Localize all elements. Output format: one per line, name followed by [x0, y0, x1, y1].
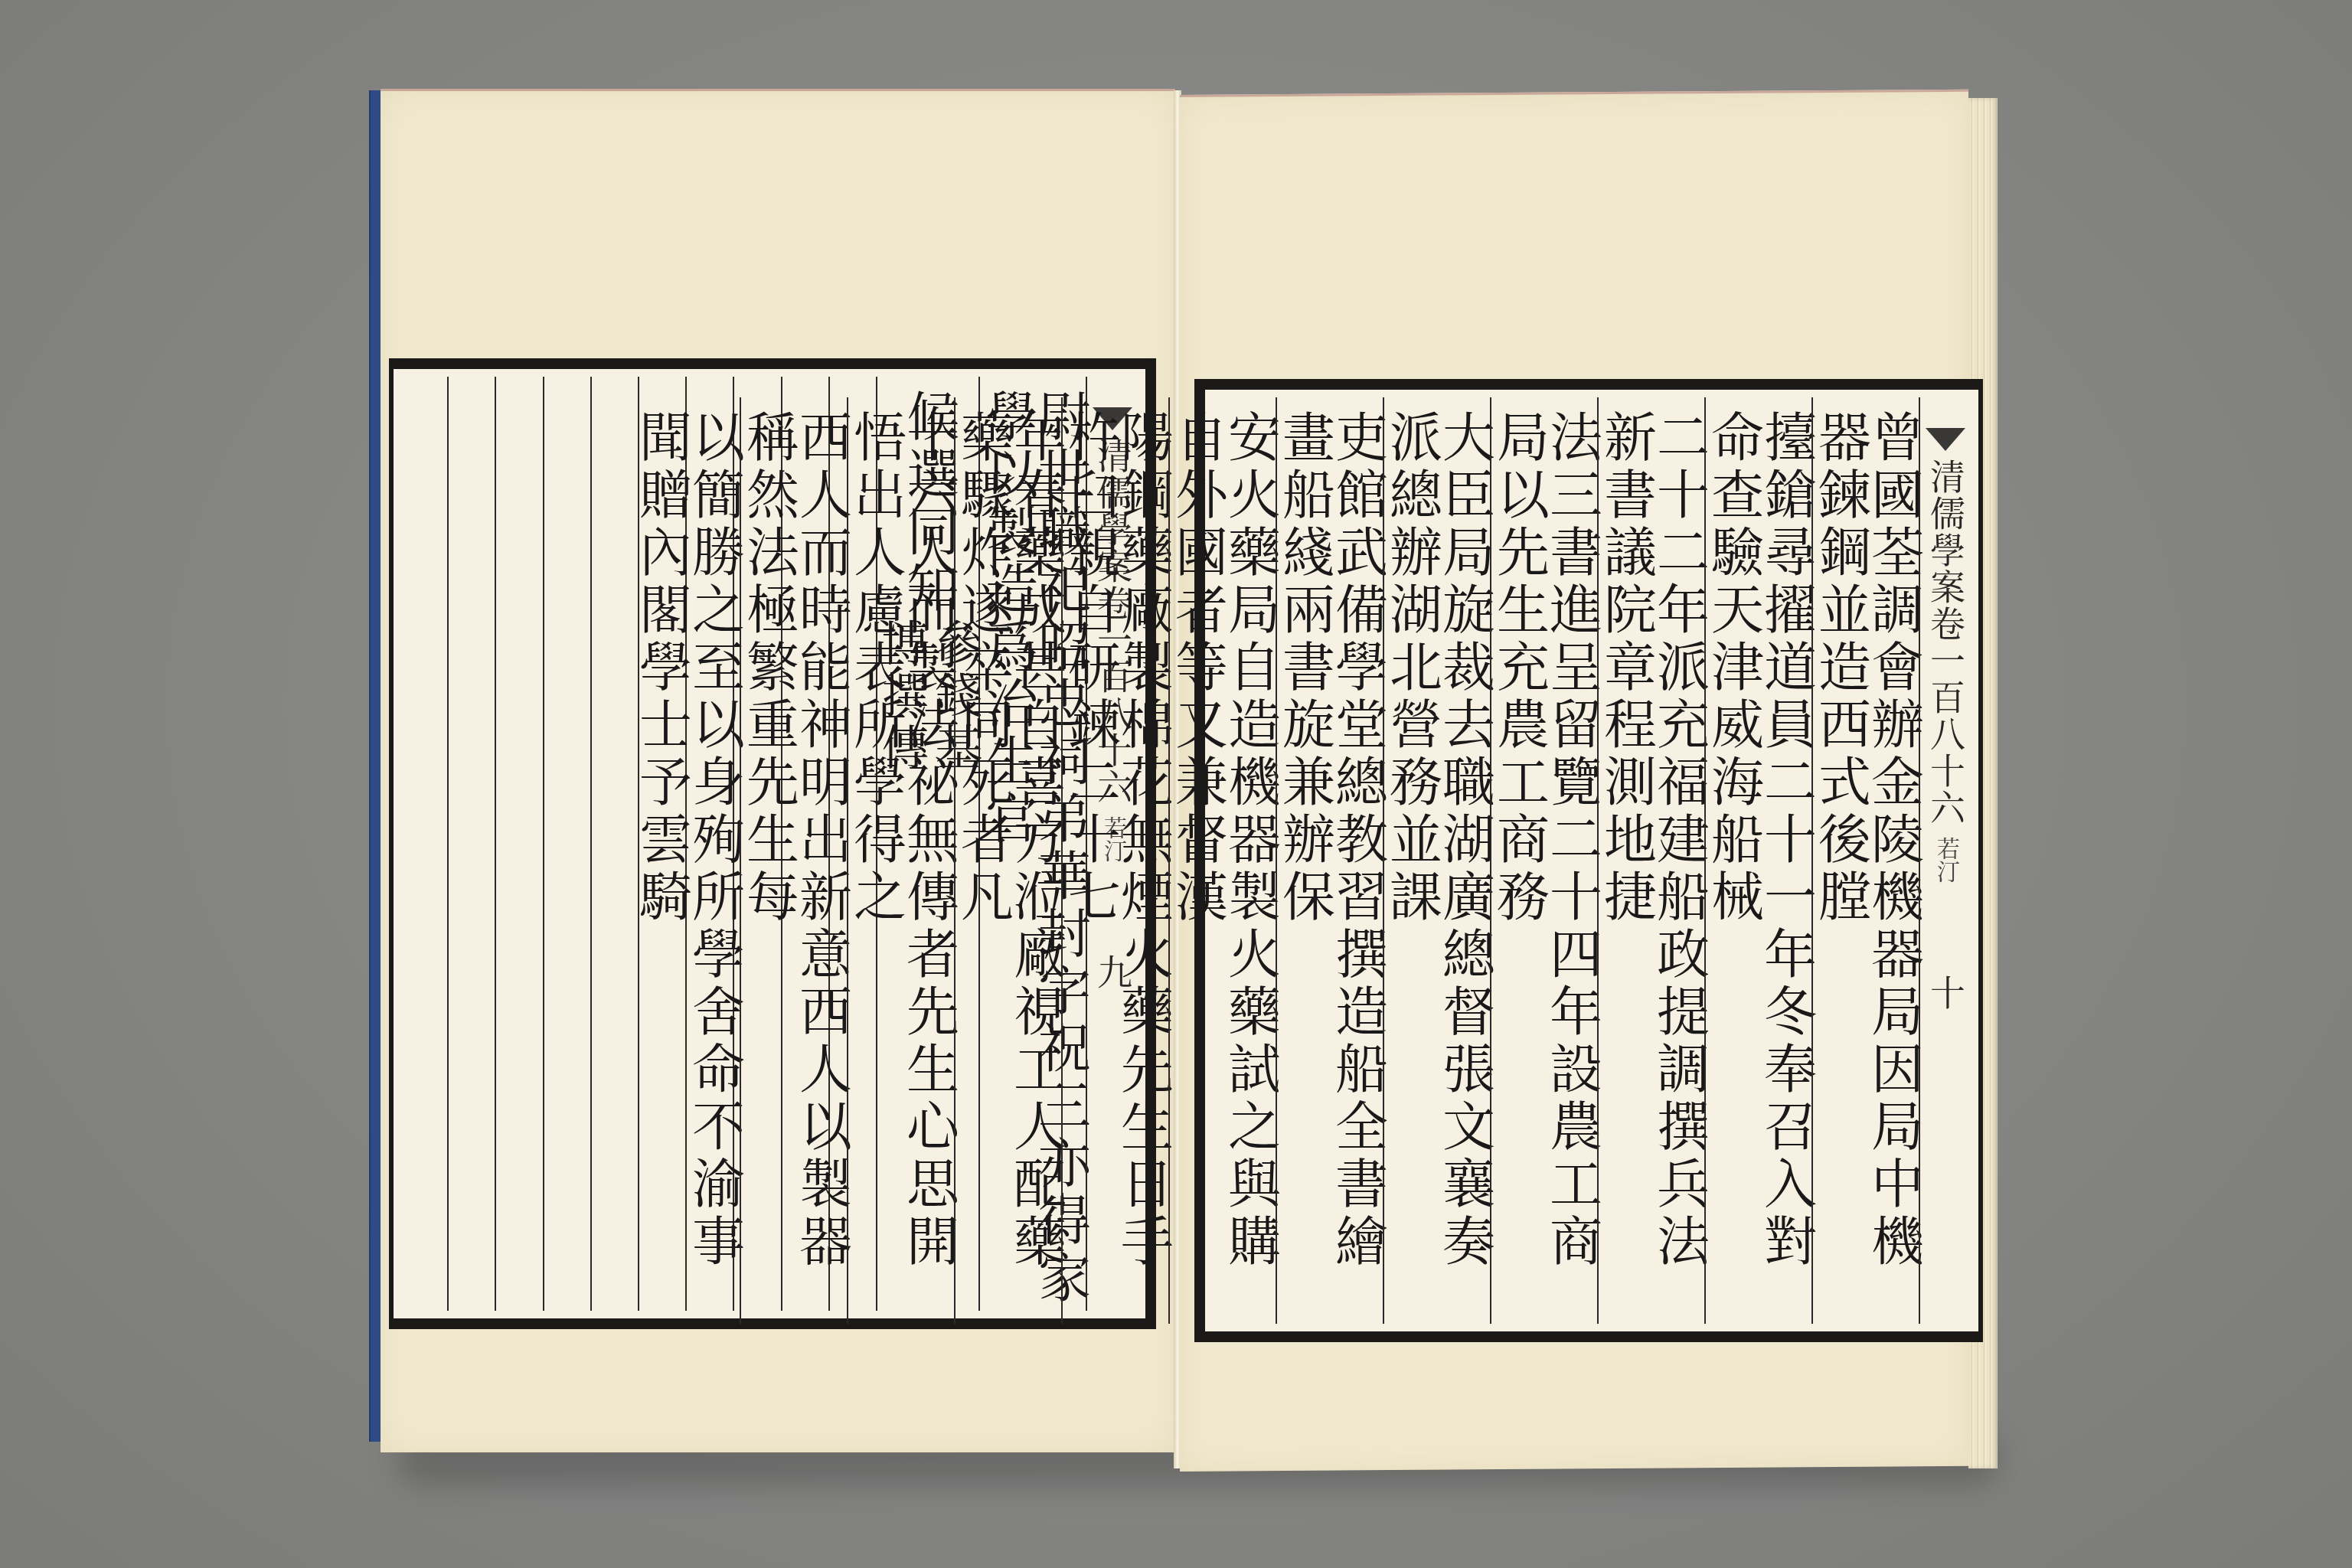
text-column: 年春藥成甚自喜方涖廠視工人配藥藥驟炸遂卒同死者凡 [954, 397, 1061, 1324]
empty-column [447, 377, 495, 1311]
text-column: 安火藥局自造機器製火藥試之與購自外國者等又兼督漢 [1168, 397, 1276, 1324]
text-column: 吏館武備學堂總教習撰造船全書繪畫船綫兩書旋兼辦保 [1276, 397, 1383, 1324]
text-column: 擡鎗尋擢道員二十一年冬奉召入對命查驗天津威海船械 [1704, 397, 1811, 1324]
right-banxin: 清儒學案卷一百八十六 若汀 十 [1919, 397, 1971, 1324]
text-column: 曾國荃調會辦金陵機器局因局中機器鍊鋼並造西式後膛 [1811, 397, 1919, 1324]
text-column: 大臣局旋裁去職湖廣總督張文襄奏派總辦湖北營務並課 [1383, 397, 1490, 1324]
text-column: 二十二年派充福建船政提調撰兵法新書議院章程測地捷 [1597, 397, 1704, 1324]
text-column: 陽鋼藥廠製棉花無煙火藥先生日手杵臼親自研鍊二十七 [1061, 397, 1168, 1324]
text-column: 十六人而製法祕無傳者先生心思開悟出人慮表所學得之 [847, 397, 954, 1324]
empty-column [401, 377, 447, 1311]
banxin-folio: 十 [1920, 975, 1971, 1010]
fishtail-mark-icon [1926, 428, 1965, 451]
banxin-title: 清儒學案卷一百八十六 [1920, 459, 1971, 826]
text-column: 以簡勝之至以身殉所學舍命不渝事聞贈內閣學士予雲騎 [634, 397, 740, 1324]
text-column: 西人而時能神明出新意西人以製器稱然法極繁重先生每 [740, 397, 847, 1324]
right-page-print-frame: 清儒學案卷一百八十六 若汀 十 曾國荃調會辦金陵機器局因局中機器鍊鋼並造西式後膛… [1194, 379, 1983, 1342]
empty-column [495, 377, 542, 1311]
empty-column [543, 377, 590, 1311]
text-column: 法三書進呈留覽二十四年設農工商局以先生充農工商務 [1490, 397, 1597, 1324]
banxin-section: 若汀 [1929, 837, 1962, 883]
